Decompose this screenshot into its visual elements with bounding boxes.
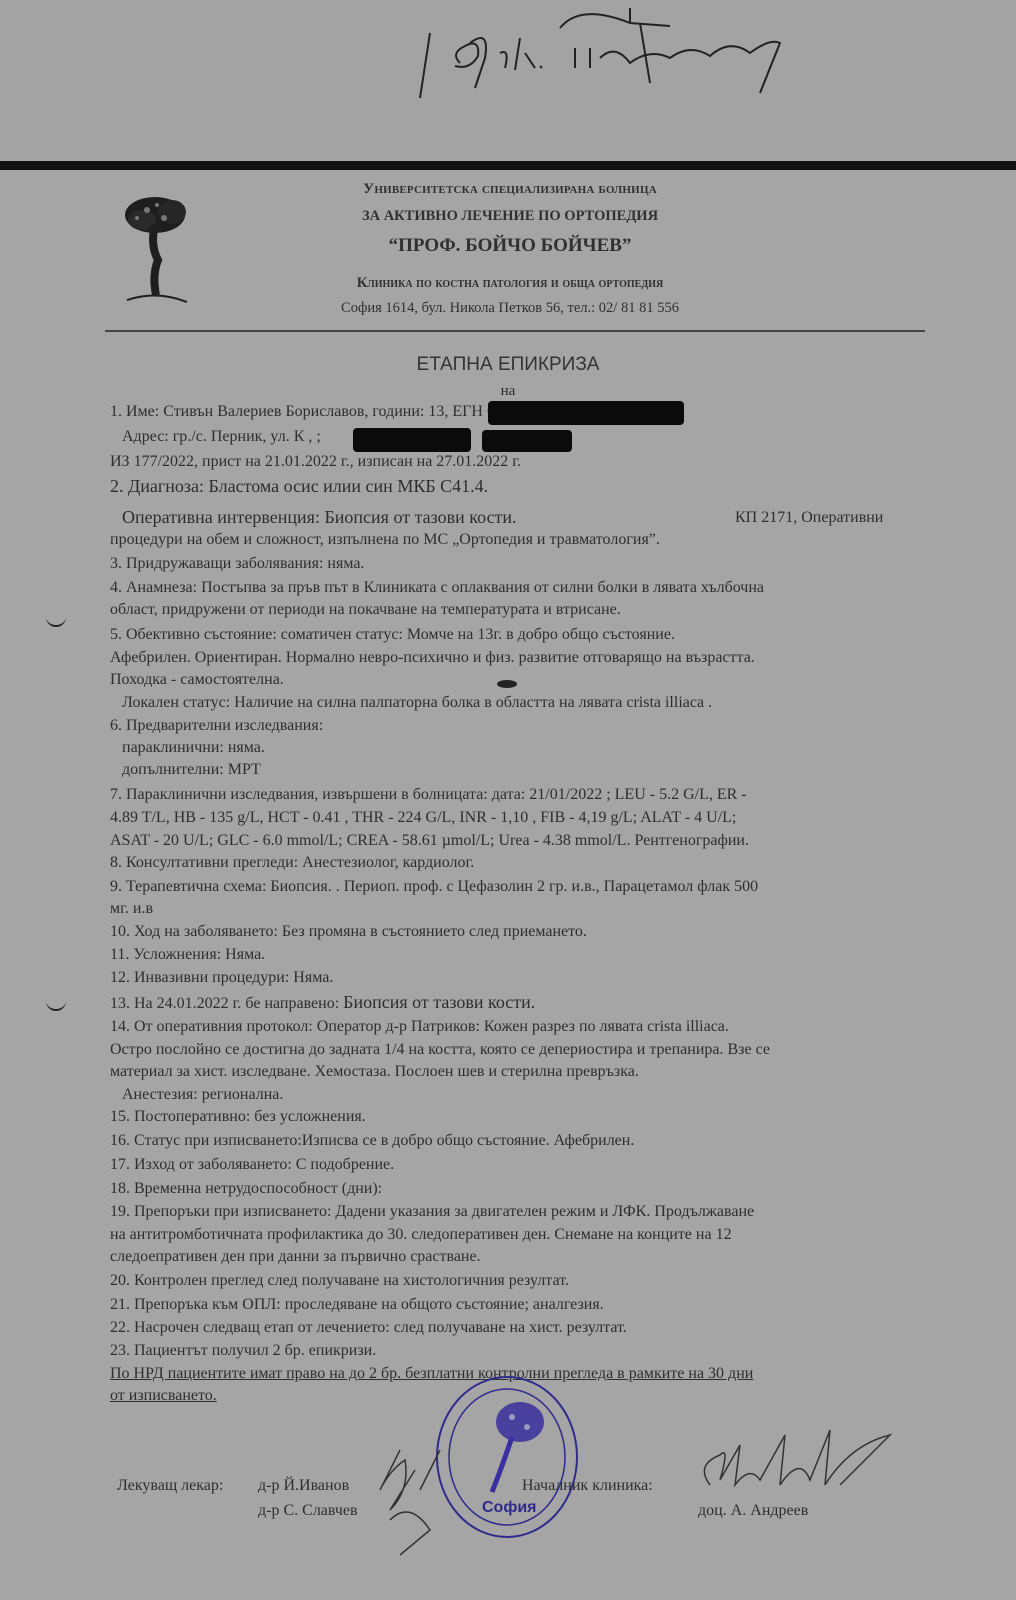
section-13-date: 13. На 24.01.2022 г. бе направено: [110,995,343,1012]
patient-name-line: 1. Име: Стивън Валериев Бориславов, годи… [110,402,495,422]
section-16-discharge-status: 16. Статус при изписването:Изписва се в … [110,1131,634,1151]
section-19-recommendations: 19. Препоръки при изписването: Дадени ук… [110,1202,754,1222]
header-divider [105,330,925,332]
treating-doctor-2: д-р С. Славчев [258,1502,358,1520]
scan-edge-bar [0,161,1016,170]
section-19-recommendations-cont2: следоепративен ден при данни за първично… [110,1247,481,1267]
hospital-tree-logo [122,190,192,310]
section-21-gp-recommendation: 21. Препоръка към ОПЛ: проследяване на о… [110,1295,604,1315]
section-19-recommendations-cont1: на антитромботичната профилактика до 30.… [110,1225,732,1245]
admission-line: ИЗ 177/2022, прист на 21.01.2022 г., изп… [110,452,521,472]
ink-smudge [497,680,517,688]
section-9-therapy: 9. Терапевтична схема: Биопсия. . Периоп… [110,877,758,897]
section-7-lab-results-cont1: 4.89 T/L, HB - 135 g/L, HCT - 0.41 , THR… [110,808,736,828]
section-14-protocol: 14. От оперативния протокол: Оператор д-… [110,1017,729,1037]
clinic-name: Клиника по костна патология и обща ортоп… [270,275,750,292]
section-4-anamnesis-cont: област, придружени от периоди на покачва… [110,600,621,620]
hospital-address: София 1614, бул. Никола Петков 56, тел.:… [270,300,750,317]
local-status-line: Локален статус: Наличие на силна палпато… [110,693,712,713]
preliminary-additional: допълнителни: МРТ [110,760,261,780]
section-14-protocol-cont1: Остро послойно се достигна до задната 1/… [110,1040,770,1060]
section-22-next-stage: 22. Насрочен следващ етап от лечението: … [110,1318,627,1338]
section-15-postop: 15. Постоперативно: без усложнения. [110,1107,366,1127]
procedure-volume-line: процедури на обем и сложност, изпълнена … [110,530,660,550]
document-subtitle: на [0,383,1016,400]
operation-line: Оперативна интервенция: Биопсия от тазов… [110,507,517,527]
diagnosis-line: 2. Диагноза: Бластома осис илии син МКБ … [110,476,488,496]
section-10-course: 10. Ход на заболяването: Без промяна в с… [110,922,587,942]
patient-address-line: Адрес: гр./с. Перник, ул. К , ; [110,427,321,447]
nrd-notice-cont: от изписването. [110,1386,217,1406]
section-8-consultations: 8. Консултативни прегледи: Анестезиолог,… [110,853,474,873]
redaction-number [482,430,572,452]
hospital-name-line2: ЗА АКТИВНО ЛЕЧЕНИЕ ПО ОРТОПЕДИЯ [270,208,750,225]
redaction-egn [488,401,684,425]
section-12-invasive: 12. Инвазивни процедури: Няма. [110,968,333,988]
section-13-procedure: Биопсия от тазови кости. [343,992,535,1012]
section-9-therapy-cont: мг. и.в [110,899,153,919]
section-20-control: 20. Контролен преглед след получаване на… [110,1271,569,1291]
section-3-comorbidities: 3. Придружаващи заболявания: няма. [110,554,364,574]
section-13-performed: 13. На 24.01.2022 г. бе направено: Биопс… [110,992,535,1014]
treating-doctor-1: д-р Й.Иванов [258,1477,349,1495]
hospital-name-line3: “ПРОФ. БОЙЧО БОЙЧЕВ” [270,235,750,257]
section-5-objective: 5. Обективно състояние: соматичен статус… [110,625,675,645]
document-title: ЕТАПНА ЕПИКРИЗА [0,354,1016,376]
section-6-preliminary: 6. Предварителни изследвания: [110,716,323,736]
section-7-lab-results: 7. Параклинични изследвания, извършени в… [110,785,747,805]
section-5-gait: Походка - самостоятелна. [110,670,284,690]
section-23-copies: 23. Пациентът получил 2 бр. епикризи. [110,1341,376,1361]
section-18-disability: 18. Временна нетрудоспособност (дни): [110,1179,382,1199]
section-5-objective-cont: Афебрилен. Ориентиран. Нормално невро-пс… [110,648,755,668]
preliminary-paraclinical: параклинични: няма. [110,738,265,758]
section-11-complications: 11. Усложнения: Няма. [110,945,265,965]
section-7-lab-results-cont2: ASAT - 20 U/L; GLC - 6.0 mmol/L; CREA - … [110,831,749,851]
section-17-outcome: 17. Изход от заболяването: С подобрение. [110,1155,394,1175]
clinic-head-name: доц. А. Андреев [698,1502,808,1520]
clinic-head-label: Началник клиника: [522,1477,653,1495]
top-handwritten-signature [400,8,930,98]
clinic-head-signature [690,1425,920,1495]
clinical-pathway-code: КП 2171, Оперативни [735,508,883,528]
redaction-street [353,428,471,452]
stamp-city: София [482,1499,537,1516]
section-4-anamnesis: 4. Анамнеза: Постъпва за пръв път в Клин… [110,578,764,598]
treating-doctor-signature [370,1430,460,1560]
hospital-name-line1: Университетска специализирана болница [270,181,750,198]
treating-doctor-label: Лекуващ лекар: [117,1477,223,1495]
anesthesia-line: Анестезия: регионална. [110,1085,283,1105]
section-14-protocol-cont2: материал за хист. изследване. Хемостаза.… [110,1062,639,1082]
